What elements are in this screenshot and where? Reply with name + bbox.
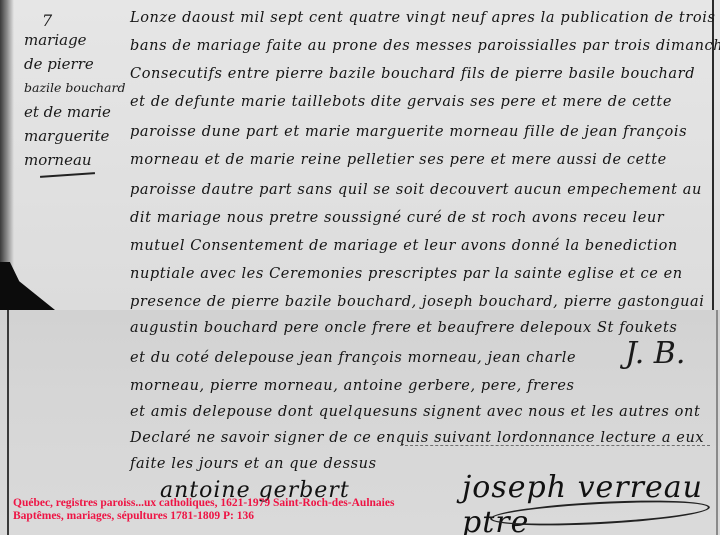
- body-line: mutuel Consentement de mariage et leur a…: [130, 238, 678, 254]
- body-line: nuptiale avec les Ceremonies prescriptes…: [130, 266, 683, 282]
- body-line: paroisse dune part et marie marguerite m…: [130, 124, 687, 140]
- margin-note: 7 mariage de pierre bazile bouchard et d…: [24, 14, 134, 176]
- caption-line-2: Baptêmes, mariages, sépultures 1781-1809…: [13, 510, 394, 523]
- margin-line: bazile bouchard: [24, 76, 134, 100]
- body-line: bans de mariage faite au prone des messe…: [130, 38, 720, 54]
- filler-dashes: [400, 445, 710, 449]
- body-line: Lonze daoust mil sept cent quatre vingt …: [130, 10, 716, 26]
- document-scan: 7 mariage de pierre bazile bouchard et d…: [0, 0, 720, 535]
- margin-line: et de marie: [24, 100, 134, 124]
- caption-line-1: Québec, registres paroiss...ux catholiqu…: [13, 497, 394, 510]
- margin-line: marguerite: [24, 124, 134, 148]
- body-line: morneau, pierre morneau, antoine gerbere…: [130, 378, 575, 394]
- entry-number: 7: [42, 14, 134, 28]
- body-line: et de defunte marie taillebots dite gerv…: [130, 94, 672, 110]
- margin-rule-left: [7, 310, 9, 535]
- body-line: Declaré ne savoir signer de ce enquis su…: [130, 430, 704, 446]
- source-caption: Québec, registres paroiss...ux catholiqu…: [13, 497, 394, 523]
- margin-line: mariage: [24, 28, 134, 52]
- body-line: et du coté delepouse jean françois morne…: [130, 350, 576, 366]
- body-line: et amis delepouse dont quelquesuns signe…: [130, 404, 700, 420]
- signature-initials: J. B.: [625, 336, 685, 371]
- body-line: morneau et de marie reine pelletier ses …: [130, 152, 667, 168]
- margin-line: de pierre: [24, 52, 134, 76]
- body-line: dit mariage nous pretre soussigné curé d…: [130, 210, 664, 226]
- margin-line: morneau: [24, 148, 134, 172]
- body-line: paroisse dautre part sans quil se soit d…: [130, 182, 702, 198]
- body-line: faite les jours et an que dessus: [130, 456, 377, 472]
- body-line: augustin bouchard pere oncle frere et be…: [130, 320, 677, 336]
- body-line: Consecutifs entre pierre bazile bouchard…: [130, 66, 695, 82]
- body-line: presence de pierre bazile bouchard, jose…: [130, 294, 705, 310]
